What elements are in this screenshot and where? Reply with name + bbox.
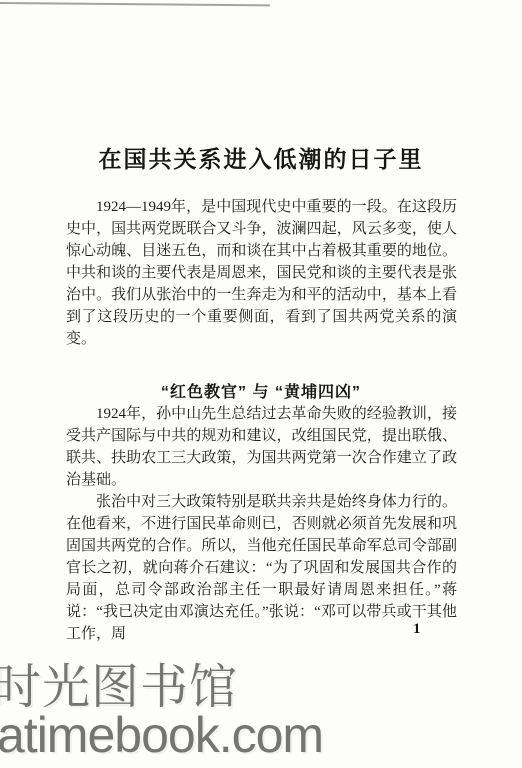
scanned-book-page: 在国共关系进入低潮的日子里 1924—1949年，是中国现代史中重要的一段。在这… (0, 0, 522, 768)
watermark-site-url: atimebook.com (0, 706, 323, 764)
scan-artifact-line (0, 2, 270, 6)
body-section: 1924年，孙中山先生总结过去革命失败的经验教训，接受共产国际与中共的规劝和建议… (66, 403, 457, 645)
section-heading: “红色教官” 与 “黄埔四凶” (0, 379, 522, 402)
intro-paragraph: 1924—1949年，是中国现代史中重要的一段。在这段历史中，国共两党既联合又斗… (66, 196, 457, 350)
body-paragraph: 张治中对三大政策特别是联共亲共是始终身体力行的。在他看来，不进行国民革命则已，否… (66, 491, 457, 645)
intro-section: 1924—1949年，是中国现代史中重要的一段。在这段历史中，国共两党既联合又斗… (66, 196, 457, 350)
body-paragraph: 1924年，孙中山先生总结过去革命失败的经验教训，接受共产国际与中共的规劝和建议… (66, 403, 457, 491)
page-number: 1 (413, 621, 421, 638)
page-title: 在国共关系进入低潮的日子里 (0, 141, 522, 174)
